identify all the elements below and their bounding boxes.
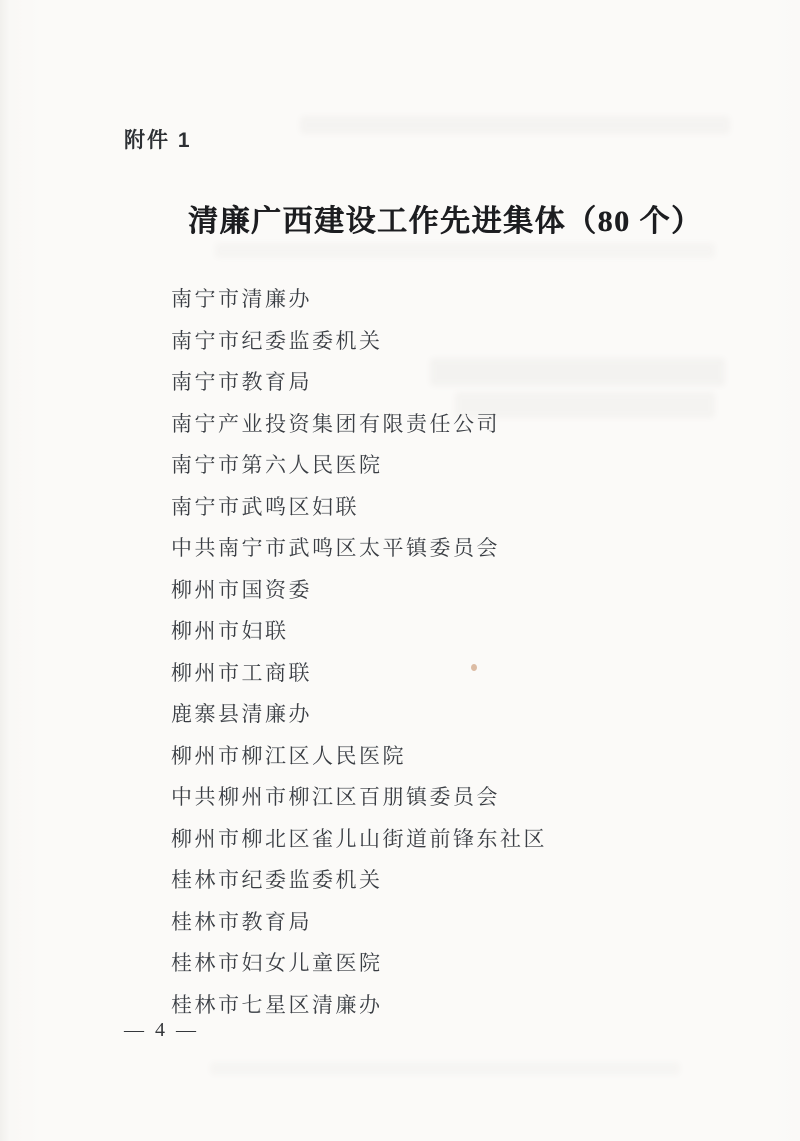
list-item: 柳州市柳北区雀儿山街道前锋东社区 [171, 819, 731, 861]
list-item: 南宁市清廉办 [171, 279, 731, 321]
list-item: 南宁产业投资集团有限责任公司 [171, 404, 731, 446]
list-item: 桂林市纪委监委机关 [171, 860, 731, 902]
list-item: 柳州市工商联 [171, 653, 731, 695]
scan-bleedthrough-artifact [215, 243, 715, 258]
list-item: 桂林市七星区清廉办 [171, 985, 731, 1027]
scanned-document-page: 附件 1 清廉广西建设工作先进集体（80 个） 南宁市清廉办 南宁市纪委监委机关… [0, 0, 800, 1141]
list-item: 中共柳州市柳江区百朋镇委员会 [171, 777, 731, 819]
list-item: 南宁市纪委监委机关 [171, 321, 731, 363]
list-item: 南宁市第六人民医院 [171, 445, 731, 487]
list-item: 鹿寨县清廉办 [171, 694, 731, 736]
list-item: 中共南宁市武鸣区太平镇委员会 [171, 528, 731, 570]
list-item: 南宁市武鸣区妇联 [171, 487, 731, 529]
attachment-label: 附件 1 [124, 124, 192, 154]
document-title: 清廉广西建设工作先进集体（80 个） [188, 196, 703, 240]
scan-bleedthrough-artifact [210, 1062, 680, 1075]
list-item: 柳州市妇联 [171, 611, 731, 653]
page-number: — 4 — [124, 1019, 199, 1042]
list-item: 南宁市教育局 [171, 362, 731, 404]
list-item: 桂林市妇女儿童医院 [171, 943, 731, 985]
organization-list: 南宁市清廉办 南宁市纪委监委机关 南宁市教育局 南宁产业投资集团有限责任公司 南… [171, 279, 731, 1026]
scan-bleedthrough-artifact [300, 116, 730, 134]
list-item: 柳州市国资委 [171, 570, 731, 612]
list-item: 桂林市教育局 [171, 902, 731, 944]
list-item: 柳州市柳江区人民医院 [171, 736, 731, 778]
